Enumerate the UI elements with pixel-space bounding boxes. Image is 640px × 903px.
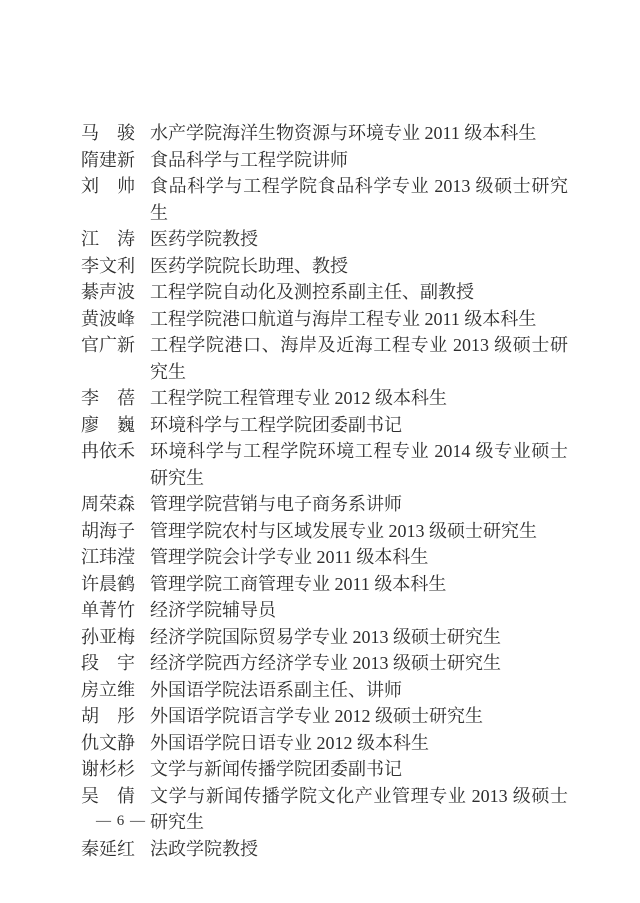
person-title: 工程学院港口航道与海岸工程专业 2011 级本科生 bbox=[150, 306, 568, 333]
person-name: 隋建新 bbox=[81, 147, 135, 174]
roster-row: 段 宇经济学院西方经济学专业 2013 级硕士研究生 bbox=[81, 650, 571, 677]
person-title: 经济学院国际贸易学专业 2013 级硕士研究生 bbox=[150, 624, 568, 651]
person-name: 江玮滢 bbox=[81, 544, 135, 571]
person-title: 经济学院西方经济学专业 2013 级硕士研究生 bbox=[150, 650, 568, 677]
person-title: 管理学院农村与区域发展专业 2013 级硕士研究生 bbox=[150, 518, 568, 545]
roster-row: 刘 帅食品科学与工程学院食品科学专业 2013 级硕士研究生 bbox=[81, 173, 571, 226]
person-title: 环境科学与工程学院团委副书记 bbox=[150, 412, 568, 439]
person-title: 工程学院工程管理专业 2012 级本科生 bbox=[150, 385, 568, 412]
person-title: 外国语学院语言学专业 2012 级硕士研究生 bbox=[150, 703, 568, 730]
roster-row: 廖 巍环境科学与工程学院团委副书记 bbox=[81, 412, 571, 439]
roster-row: 单菁竹经济学院辅导员 bbox=[81, 597, 571, 624]
roster-row: 官广新工程学院港口、海岸及近海工程专业 2013 级硕士研究生 bbox=[81, 332, 571, 385]
person-title: 管理学院工商管理专业 2011 级本科生 bbox=[150, 571, 568, 598]
person-title: 文学与新闻传播学院团委副书记 bbox=[150, 756, 568, 783]
roster-row: 冉依禾环境科学与工程学院环境工程专业 2014 级专业硕士研究生 bbox=[81, 438, 571, 491]
person-title: 食品科学与工程学院讲师 bbox=[150, 147, 568, 174]
roster-row: 李 蓓工程学院工程管理专业 2012 级本科生 bbox=[81, 385, 571, 412]
person-title: 工程学院自动化及测控系副主任、副教授 bbox=[150, 279, 568, 306]
roster-row: 江玮滢管理学院会计学专业 2011 级本科生 bbox=[81, 544, 571, 571]
person-title: 医药学院院长助理、教授 bbox=[150, 253, 568, 280]
roster-row: 马 骏水产学院海洋生物资源与环境专业 2011 级本科生 bbox=[81, 120, 571, 147]
person-title: 管理学院营销与电子商务系讲师 bbox=[150, 491, 568, 518]
person-name: 胡海子 bbox=[81, 518, 135, 545]
roster-list: 马 骏水产学院海洋生物资源与环境专业 2011 级本科生隋建新食品科学与工程学院… bbox=[81, 120, 571, 862]
person-name: 吴 倩 bbox=[81, 783, 135, 810]
roster-row: 谢杉杉文学与新闻传播学院团委副书记 bbox=[81, 756, 571, 783]
person-name: 仇文静 bbox=[81, 730, 135, 757]
page-number: — 6 — bbox=[96, 812, 146, 830]
person-name: 李 蓓 bbox=[81, 385, 135, 412]
roster-row: 仇文静外国语学院日语专业 2012 级本科生 bbox=[81, 730, 571, 757]
person-title: 管理学院会计学专业 2011 级本科生 bbox=[150, 544, 568, 571]
document-page: 马 骏水产学院海洋生物资源与环境专业 2011 级本科生隋建新食品科学与工程学院… bbox=[0, 0, 640, 903]
person-name: 谢杉杉 bbox=[81, 756, 135, 783]
person-title: 食品科学与工程学院食品科学专业 2013 级硕士研究生 bbox=[150, 173, 568, 226]
person-title: 法政学院教授 bbox=[150, 836, 568, 863]
person-title: 环境科学与工程学院环境工程专业 2014 级专业硕士研究生 bbox=[150, 438, 568, 491]
roster-row: 周荣森管理学院营销与电子商务系讲师 bbox=[81, 491, 571, 518]
roster-row: 许晨鹤管理学院工商管理专业 2011 级本科生 bbox=[81, 571, 571, 598]
person-title: 经济学院辅导员 bbox=[150, 597, 568, 624]
roster-row: 秦延红法政学院教授 bbox=[81, 836, 571, 863]
person-name: 马 骏 bbox=[81, 120, 135, 147]
roster-row: 隋建新食品科学与工程学院讲师 bbox=[81, 147, 571, 174]
person-name: 许晨鹤 bbox=[81, 571, 135, 598]
person-name: 孙亚梅 bbox=[81, 624, 135, 651]
roster-row: 胡 彤外国语学院语言学专业 2012 级硕士研究生 bbox=[81, 703, 571, 730]
person-title: 文学与新闻传播学院文化产业管理专业 2013 级硕士研究生 bbox=[150, 783, 568, 836]
roster-row: 吴 倩文学与新闻传播学院文化产业管理专业 2013 级硕士研究生 bbox=[81, 783, 571, 836]
person-title: 外国语学院法语系副主任、讲师 bbox=[150, 677, 568, 704]
roster-row: 黄波峰工程学院港口航道与海岸工程专业 2011 级本科生 bbox=[81, 306, 571, 333]
person-name: 綦声波 bbox=[81, 279, 135, 306]
roster-row: 綦声波工程学院自动化及测控系副主任、副教授 bbox=[81, 279, 571, 306]
person-name: 单菁竹 bbox=[81, 597, 135, 624]
person-title: 工程学院港口、海岸及近海工程专业 2013 级硕士研究生 bbox=[150, 332, 568, 385]
person-name: 李文利 bbox=[81, 253, 135, 280]
roster-row: 江 涛医药学院教授 bbox=[81, 226, 571, 253]
roster-row: 李文利医药学院院长助理、教授 bbox=[81, 253, 571, 280]
person-name: 冉依禾 bbox=[81, 438, 135, 465]
person-name: 秦延红 bbox=[81, 836, 135, 863]
person-title: 水产学院海洋生物资源与环境专业 2011 级本科生 bbox=[150, 120, 568, 147]
person-name: 黄波峰 bbox=[81, 306, 135, 333]
person-name: 廖 巍 bbox=[81, 412, 135, 439]
person-title: 医药学院教授 bbox=[150, 226, 568, 253]
person-title: 外国语学院日语专业 2012 级本科生 bbox=[150, 730, 568, 757]
person-name: 房立维 bbox=[81, 677, 135, 704]
person-name: 段 宇 bbox=[81, 650, 135, 677]
person-name: 江 涛 bbox=[81, 226, 135, 253]
roster-row: 孙亚梅经济学院国际贸易学专业 2013 级硕士研究生 bbox=[81, 624, 571, 651]
person-name: 官广新 bbox=[81, 332, 135, 359]
roster-row: 房立维外国语学院法语系副主任、讲师 bbox=[81, 677, 571, 704]
person-name: 胡 彤 bbox=[81, 703, 135, 730]
person-name: 刘 帅 bbox=[81, 173, 135, 200]
person-name: 周荣森 bbox=[81, 491, 135, 518]
roster-row: 胡海子管理学院农村与区域发展专业 2013 级硕士研究生 bbox=[81, 518, 571, 545]
